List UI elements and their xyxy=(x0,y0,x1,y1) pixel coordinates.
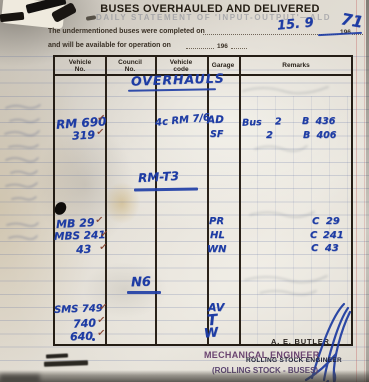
margin-rule xyxy=(364,0,365,382)
form-line2-year-prefix: 196 xyxy=(217,43,228,50)
bleed-through-scribbles xyxy=(0,100,54,275)
form-line2-label: and will be available for operation on xyxy=(48,42,171,49)
tick-mark: ✓ xyxy=(98,302,107,314)
column-divider xyxy=(155,57,157,344)
bottom-edge-shadow xyxy=(0,370,369,382)
remark-entry: B 436 xyxy=(302,116,335,127)
col-header-remarks: Remarks xyxy=(239,62,353,69)
column-divider xyxy=(105,57,107,344)
tick-mark: ✓ xyxy=(95,127,104,139)
tick-mark: ✓ xyxy=(96,328,105,340)
dotted-leader xyxy=(186,48,214,49)
garage-entry: AD xyxy=(207,114,224,127)
garage-entry: HL xyxy=(210,230,225,241)
vehicle-no-entry: 740 xyxy=(73,316,97,330)
tick-mark: ✓ xyxy=(94,215,103,227)
tick-mark: ✓ xyxy=(96,113,105,125)
page-title: BUSES OVERHAULED AND DELIVERED xyxy=(80,3,340,15)
stamp-rolling-stock-engineer: ROLLING STOCK ENGINEER xyxy=(246,357,342,364)
section-label-n6: N6 xyxy=(131,275,151,291)
vehicle-no-entry: 319 xyxy=(72,128,96,142)
remark-entry: C 29 xyxy=(312,216,340,227)
section-label-rm-t3: RM-T3 xyxy=(138,169,180,185)
bottom-edge-shadow xyxy=(0,374,40,382)
handwritten-year: 71 xyxy=(340,9,365,32)
form-line1-label: The undermentioned buses were completed … xyxy=(48,28,205,35)
vehicle-no-entry: SMS 749 xyxy=(54,303,103,316)
tick-mark: ✓ xyxy=(96,315,105,327)
ink-dot xyxy=(92,338,95,341)
tick-mark: ✓ xyxy=(98,242,107,254)
torn-tape-mark xyxy=(86,15,97,21)
remark-entry: 2 xyxy=(266,130,273,141)
handwritten-date: 15. 9 xyxy=(276,15,314,33)
garage-entry: SF xyxy=(210,129,223,140)
garage-entry: PR xyxy=(209,216,224,227)
dotted-leader xyxy=(231,48,247,49)
garage-entry: W xyxy=(203,325,219,341)
col-header-vehicle-no: VehicleNo. xyxy=(55,59,105,73)
vehicle-no-entry: MBS 241 xyxy=(54,229,106,243)
garage-entry: WN xyxy=(207,244,226,255)
vehicle-no-entry: 640 xyxy=(70,330,93,344)
remark-entry: Bus 2 xyxy=(242,116,282,128)
remark-entry: C 43 xyxy=(311,243,339,254)
tick-mark: ✓ xyxy=(99,229,108,241)
vehicle-no-entry: 43 xyxy=(76,243,92,257)
scanned-form-page: DAILY STATEMENT OF 'INPUT-OUTPUT'—ALD BU… xyxy=(0,0,369,382)
remark-entry: B 406 xyxy=(303,130,336,141)
col-header-council-no: CouncilNo. xyxy=(105,59,155,73)
ink-underline xyxy=(127,291,161,294)
col-header-garage: Garage xyxy=(207,62,239,69)
remark-entry: C 241 xyxy=(310,230,344,241)
